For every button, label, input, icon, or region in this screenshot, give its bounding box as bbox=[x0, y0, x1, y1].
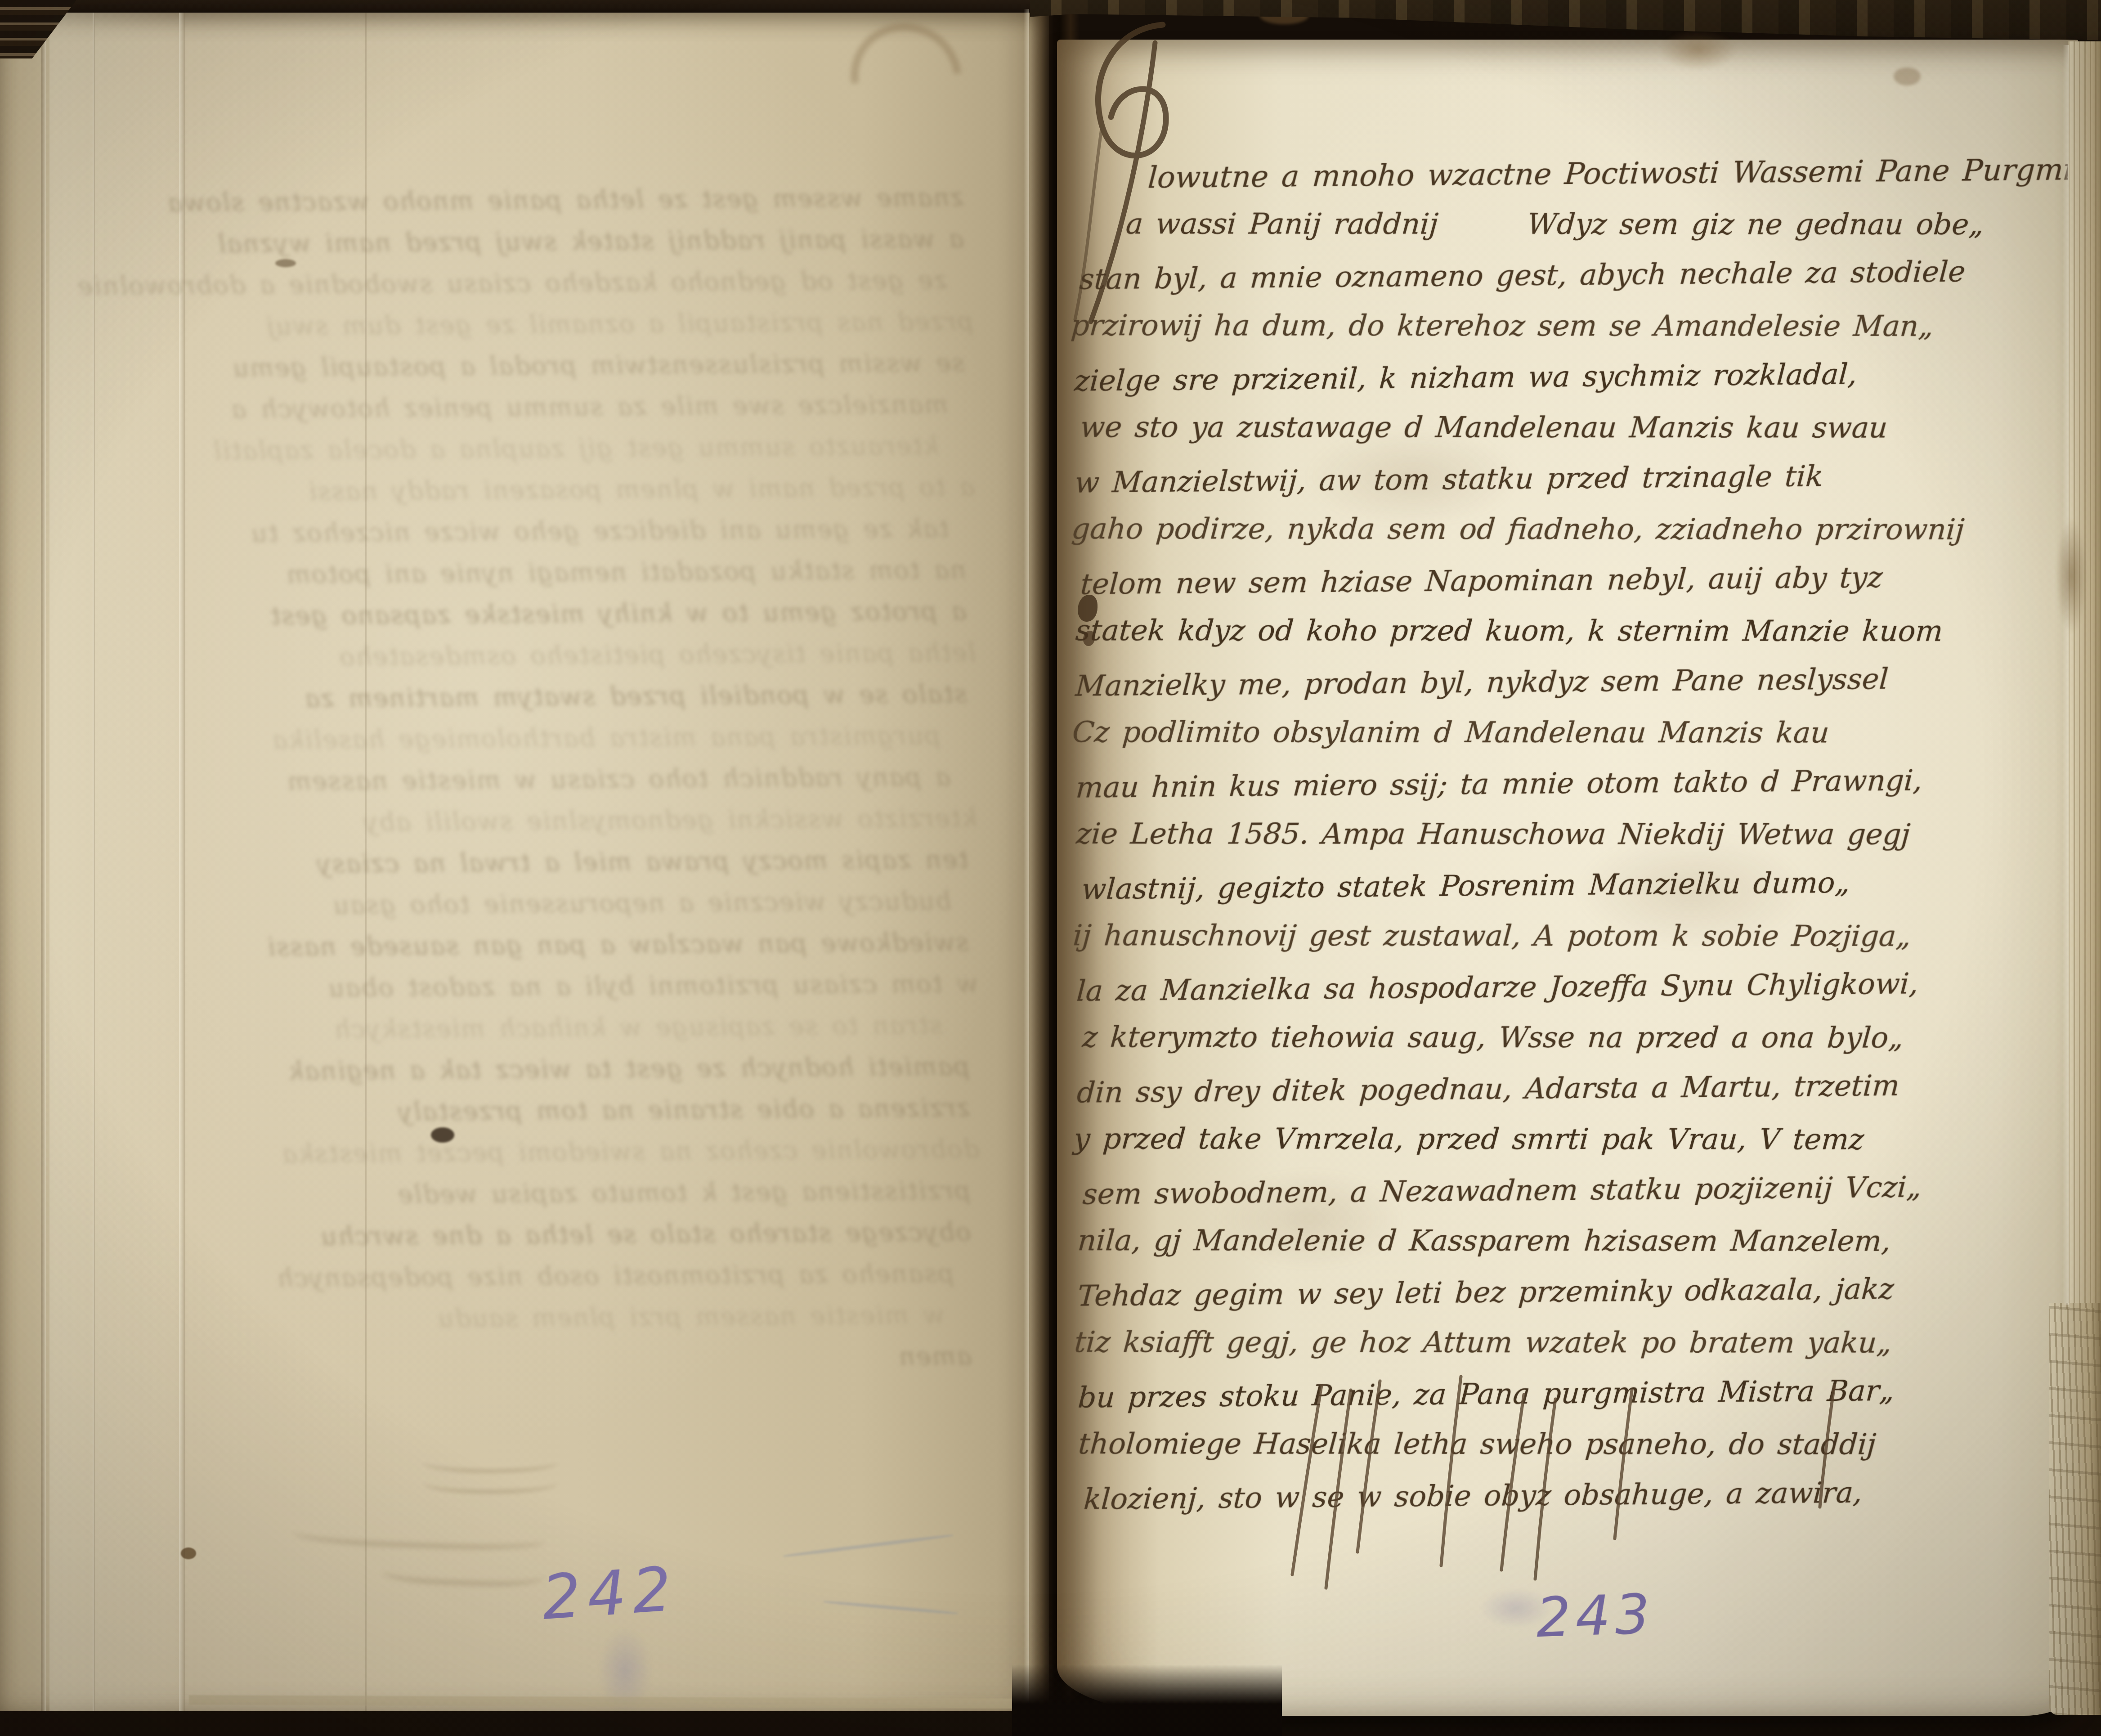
manuscript-line: mau hnin kus miero ssij; ta mnie otom ta… bbox=[1074, 754, 2072, 813]
bleed-through-line: manzielcze swe mile za summu peniez hoto… bbox=[111, 384, 949, 431]
manuscript-line: przirowij ha dum, do kterehoz sem se Ama… bbox=[1069, 301, 2070, 352]
bleed-through-line: amen bbox=[117, 1336, 972, 1383]
manuscript-line: z kterymzto tiehowia saug, Wsse na przed… bbox=[1081, 1012, 2073, 1064]
bleed-through-line: a to przed nami w plnem posazeni raddy n… bbox=[111, 467, 975, 514]
bleed-through-line: w miestie nassem przi plnem saudu bbox=[117, 1295, 945, 1342]
left-page: zname wssem gest ze letha panie mnoho wz… bbox=[0, 13, 1049, 1711]
manuscript-line: w Manzielstwij, aw tom statku przed trzi… bbox=[1073, 449, 2071, 508]
manuscript-line: wlastnij, gegizto statek Posrenim Manzie… bbox=[1080, 856, 2072, 915]
bleed-through-line: a protoz gemu to w knihy miestske zapsan… bbox=[112, 591, 967, 638]
fore-edge-pages bbox=[2049, 1303, 2101, 1715]
initial-flourish bbox=[1048, 4, 1187, 337]
bleed-through-line: w tom cziasu przitomni byli a na zadost … bbox=[115, 963, 979, 1010]
fore-edge-pages bbox=[2068, 41, 2101, 1305]
bleed-through-line: kterauzto summu gest gij zauplna a docel… bbox=[111, 426, 939, 473]
ink-smudge bbox=[431, 1127, 454, 1143]
manuscript-line: zielge sre przizenil, k nizham wa sychmi… bbox=[1073, 347, 2070, 407]
bleed-through-line: ze gest od gednoho kazdeho cziasu swobod… bbox=[110, 260, 948, 307]
bleed-through-line: a wassi panij raddnij statek swuj przed … bbox=[109, 218, 964, 265]
manuscript-line: la za Manzielka sa hospodarze Jozeffa Sy… bbox=[1075, 957, 2073, 1017]
left-page-fold-crease bbox=[41, 13, 46, 1711]
bleed-through-line: na tom statku pozadati nemagi nynie ani … bbox=[112, 549, 967, 597]
top-edge-shadow bbox=[0, 0, 1030, 13]
bleed-through-line: psaneho za przitomnosti osob nize podeps… bbox=[116, 1253, 954, 1301]
manuscript-line: statek kdyz od koho przed kuom, k sterni… bbox=[1074, 606, 2071, 657]
manuscript-line: Manzielky me, prodan byl, nykdyz sem Pan… bbox=[1074, 652, 2072, 712]
manuscript-line: telom new sem hziase Napominan nebyl, au… bbox=[1079, 551, 2071, 610]
fore-edge-stain bbox=[2056, 517, 2087, 634]
bleed-through-line: buduczy wiecznie a neporussenie toho gsa… bbox=[114, 881, 952, 928]
bleed-through-line: stalo se w pondieli przed swatym martine… bbox=[112, 673, 968, 721]
manuscript-line: din ssy drey ditek pogednau, Adarsta a M… bbox=[1075, 1059, 2073, 1118]
bleed-through-line: pamieti hodnych ze gest ta wiecz tak a n… bbox=[115, 1046, 970, 1093]
bleed-through-line: zname wssem gest ze letha panie mnoho wz… bbox=[109, 177, 964, 224]
manuscript-line: sem swobodnem, a Nezawadnem statku pozji… bbox=[1081, 1161, 2074, 1220]
bleed-through-line: przed nas przistaupil a oznamil ze gest … bbox=[110, 301, 974, 348]
bleed-through-line: stran to se zapisuge w knihach miestskyc… bbox=[115, 1005, 943, 1052]
bleed-through-line: ten zapis moczy prawa miel a trwal na cz… bbox=[114, 839, 969, 886]
manuscript-line: gaho podirze, nykda sem od fiadneho, zzi… bbox=[1070, 504, 2071, 556]
right-page-number: 243 bbox=[1535, 1581, 1672, 1650]
underlying-page-edge bbox=[189, 1695, 1012, 1709]
left-page-number: 242 bbox=[540, 1553, 688, 1634]
paper-stain bbox=[1894, 67, 1921, 85]
bleed-through-line: se wssim przislussenstwim prodal a posta… bbox=[110, 342, 965, 390]
bleed-through-line: dobrowolnie czehoz na swiedomi peczet mi… bbox=[116, 1129, 980, 1176]
manuscript-scan: { "colors": { "background": "#150e08", "… bbox=[0, 0, 2101, 1736]
manuscript-line: a wassi Panij raddnij Wdyz sem giz ne ge… bbox=[1072, 199, 2070, 251]
fore-edge-highlight bbox=[2063, 45, 2069, 1305]
bleed-through-line: purgmistra pana mistra bartholomiege has… bbox=[113, 715, 941, 763]
bleed-through-signature bbox=[210, 1504, 573, 1616]
manuscript-line: Cz podlimito obsylanim d Mandelenau Manz… bbox=[1071, 707, 2071, 759]
pencil-scribbles bbox=[783, 1533, 990, 1664]
manuscript-text-block: lowutne a mnoho wzactne Poctiwosti Wasse… bbox=[1074, 45, 2073, 1461]
manuscript-line: ij hanuschnovij gest zustawal, A potom k… bbox=[1071, 911, 2072, 962]
paper-stain bbox=[1660, 30, 1736, 70]
bleed-through-mark bbox=[423, 1452, 558, 1515]
manuscript-line: nila, gj Mandelenie d Kassparem hzisasem… bbox=[1076, 1216, 2073, 1267]
manuscript-line: stan byl, a mnie oznameno gest, abych ne… bbox=[1078, 246, 2070, 305]
left-page-edge-highlight bbox=[1024, 9, 1029, 1718]
manuscript-line: we sto ya zustawage d Mandelenau Manzis … bbox=[1079, 402, 2070, 454]
bleed-through-line: obyczege stareho stalo se letha a dne sw… bbox=[116, 1211, 971, 1259]
bleed-through-line: przitisstiena gest k tomuto zapisu wedle bbox=[116, 1170, 971, 1217]
bleed-through-line: zrzizena a obie stranie na tom przestaly bbox=[115, 1087, 970, 1135]
bleed-through-line: swiedkowe pan waczlaw a pan gan sausede … bbox=[114, 922, 969, 969]
ink-smudge bbox=[181, 1548, 196, 1559]
bleed-through-text-block: zname wssem gest ze letha panie mnoho wz… bbox=[108, 53, 971, 1300]
manuscript-line: zie Letha 1585. Ampa Hanuschowa Niekdij … bbox=[1075, 809, 2072, 861]
manuscript-line: y przed take Vmrzela, przed smrti pak Vr… bbox=[1072, 1114, 2073, 1166]
bleed-through-line: letha panie tisyczeho pietisteho osmdesa… bbox=[112, 632, 976, 679]
bleed-through-line: a pany raddnich toho cziasu w miestie na… bbox=[113, 757, 951, 804]
bleed-through-line: kterzizto wssickni gednomyslnie swolili … bbox=[113, 798, 977, 845]
bleed-through-line: tak ze gemu ani diedicze geho wicze nicz… bbox=[111, 508, 949, 556]
manuscript-line: lowutne a mnoho wzactne Poctiwosti Wasse… bbox=[1072, 144, 2070, 203]
ink-smudge bbox=[275, 259, 296, 267]
gutter-bottom-shadow bbox=[1012, 1664, 1282, 1736]
